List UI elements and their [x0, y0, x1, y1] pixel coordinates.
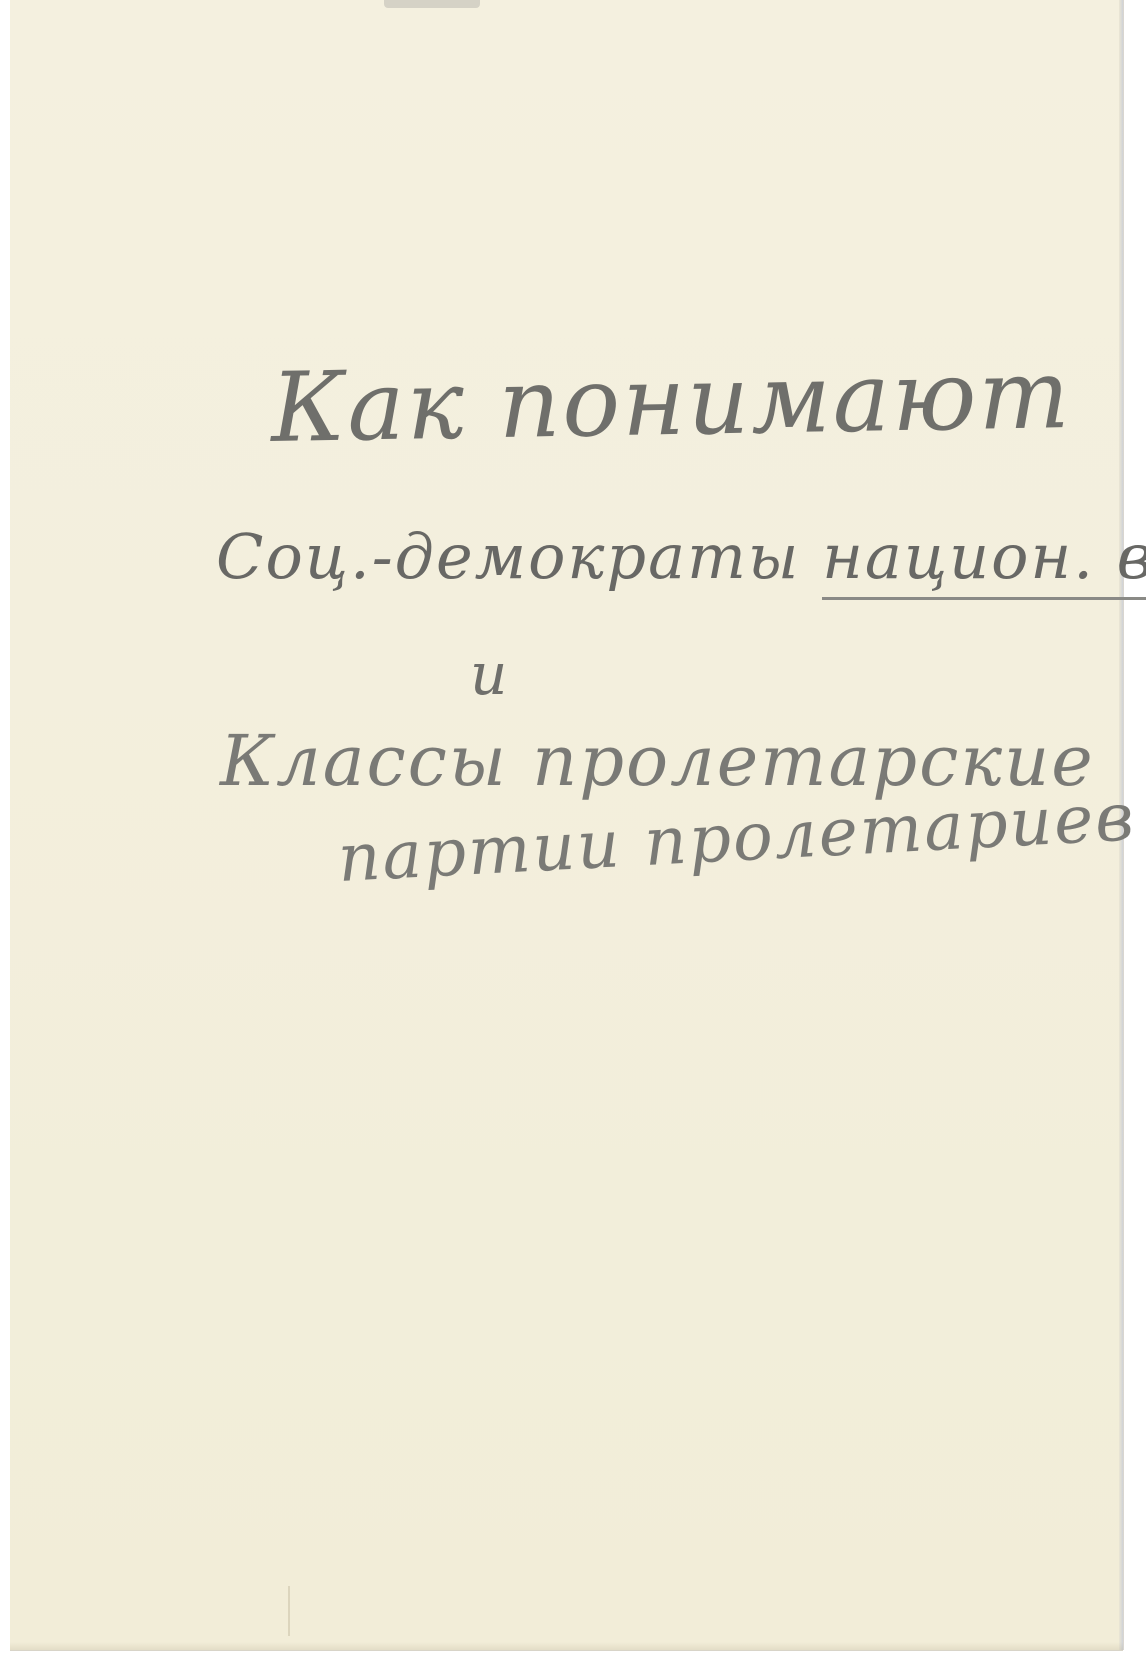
- paper-tab: [384, 0, 480, 8]
- paper-crease: [288, 1586, 290, 1636]
- title-line-1: Как понимают: [270, 338, 1072, 464]
- title-line-2-start: Соц.-демократы: [216, 520, 822, 593]
- title-line-2: Соц.-демократы национ. вопрос: [216, 520, 1146, 593]
- conjunction-line: и: [470, 640, 509, 708]
- manuscript-page: Как понимают Соц.-демократы национ. вопр…: [10, 0, 1123, 1650]
- underlined-phrase: национ. вопрос: [822, 520, 1146, 600]
